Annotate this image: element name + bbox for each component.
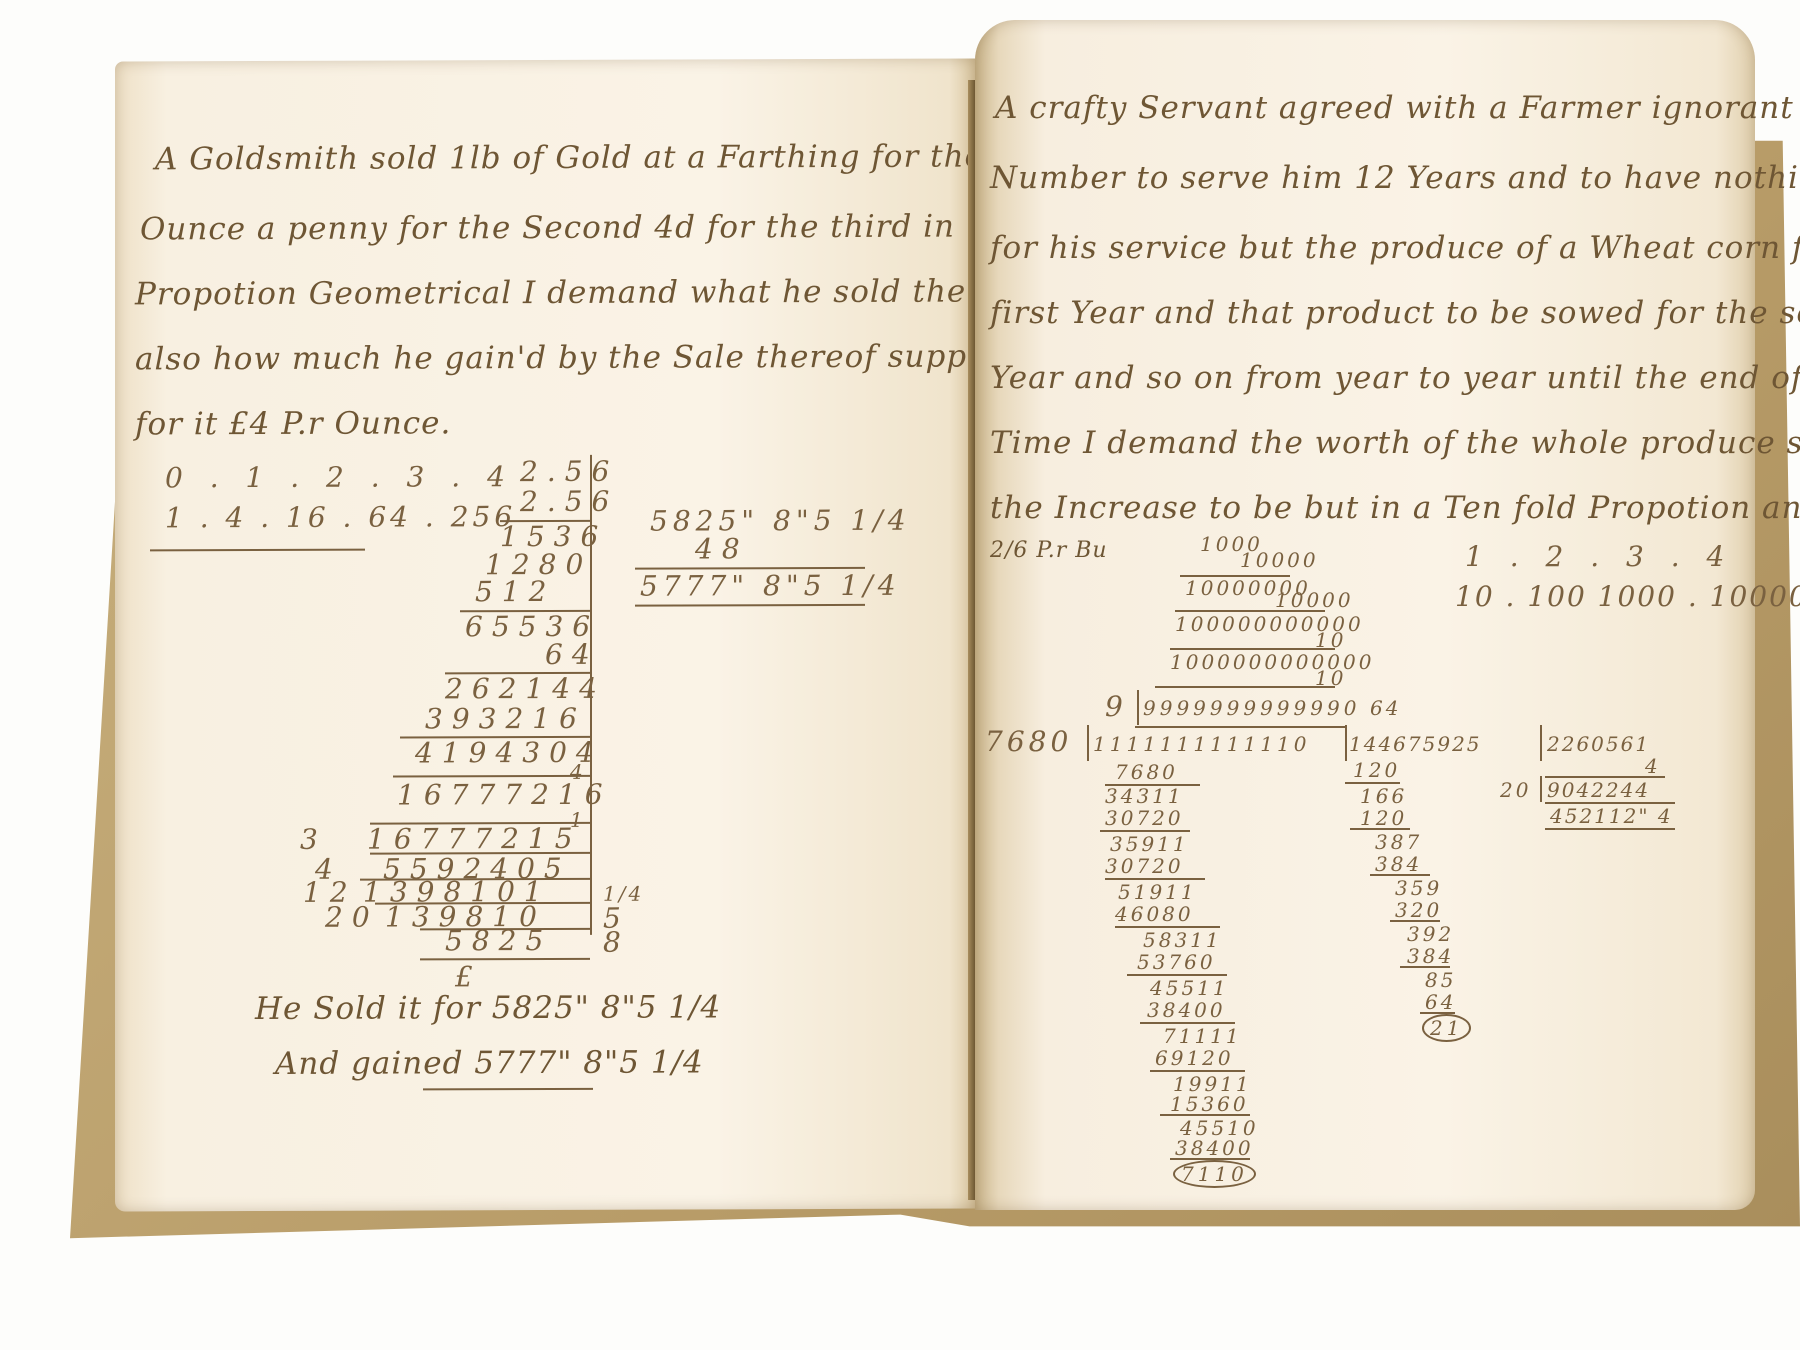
rule — [1545, 828, 1675, 830]
division-step: 7680 — [1115, 760, 1178, 784]
calc-row: 512 — [475, 575, 555, 608]
division-bracket — [1540, 776, 1542, 802]
series-terms: 10 . 100 1000 . 10000 — [1455, 580, 1800, 613]
division-step: 30720 — [1105, 854, 1184, 878]
calc-row: 16777216 — [397, 778, 612, 812]
division-step: 46080 — [1115, 902, 1194, 926]
division-step: 38400 — [1147, 998, 1226, 1022]
series-terms: 1 . 4 . 16 . 64 . 256 — [165, 500, 516, 534]
division-step: 384 — [1375, 852, 1422, 876]
calc-row: 2.56 — [520, 455, 618, 488]
problem-line: Time I demand the worth of the whole pro… — [990, 425, 1800, 461]
division-step: 45511 — [1150, 976, 1229, 1000]
division-step: 392 — [1407, 922, 1454, 946]
division-step: 38400 — [1175, 1136, 1254, 1160]
subtraction-cost: 48 — [695, 532, 749, 565]
series-indices: 1 . 2 . 3 . 4 — [1465, 540, 1733, 573]
problem-line: Number to serve him 12 Years and to have… — [990, 160, 1800, 196]
division-step: 51911 — [1118, 880, 1197, 904]
power-mult: 10000 — [1240, 548, 1319, 572]
side-note: 64 — [1370, 696, 1401, 720]
rule — [1155, 686, 1335, 688]
right-page: A crafty Servant agreed with a Farmer ig… — [975, 20, 1755, 1210]
division-step: 35911 — [1110, 832, 1189, 856]
division-step: 30720 — [1105, 806, 1184, 830]
division-bracket — [1137, 690, 1139, 725]
divisor: 3 — [300, 823, 327, 856]
answer-underline — [423, 1088, 593, 1091]
dividend: 9042244 — [1547, 778, 1650, 802]
currency-mark: £ — [455, 960, 473, 993]
dividend: 9999999999990 — [1143, 696, 1360, 720]
final-result: 452112" 4 — [1550, 804, 1673, 828]
remainder-circled: 7110 — [1173, 1160, 1256, 1188]
calc-row: 2.56 — [520, 485, 618, 518]
price-note: 2/6 P.r Bu — [990, 538, 1108, 563]
rule — [635, 604, 865, 607]
rule — [1135, 726, 1345, 728]
open-notebook: A Goldsmith sold 1lb of Gold at a Farthi… — [0, 0, 1800, 1350]
division-step: 166 — [1360, 784, 1407, 808]
division-step: 85 — [1425, 968, 1456, 992]
final-mult: 4 — [1645, 754, 1661, 778]
final-value: 2260561 — [1547, 732, 1650, 756]
division-step: 384 — [1407, 944, 1454, 968]
answer-sold: He Sold it for 5825" 8"5 1/4 — [255, 989, 721, 1027]
division-bracket — [1345, 725, 1347, 761]
subtraction-total: 5825" 8"5 1/4 — [650, 504, 911, 538]
remainder: 8 — [603, 926, 630, 959]
calc-row: 262144 — [445, 672, 606, 706]
divisor: 20 — [1500, 778, 1531, 802]
calc-row: 64 — [545, 638, 599, 671]
calc-row: 5825 — [445, 924, 552, 957]
problem-line: Year and so on from year to year until t… — [990, 360, 1800, 396]
division-step: 120 — [1353, 758, 1400, 782]
remainder-circled: 21 — [1422, 1014, 1471, 1042]
division-step: 359 — [1395, 876, 1442, 900]
problem-line: the Increase to be but in a Ten fold Pro… — [990, 490, 1800, 526]
answer-gained: And gained 5777" 8"5 1/4 — [275, 1044, 704, 1081]
rule — [420, 958, 590, 961]
division-step: 58311 — [1143, 928, 1222, 952]
problem-line: A Goldsmith sold 1lb of Gold at a Farthi… — [155, 138, 1064, 177]
division-step: 34311 — [1105, 784, 1184, 808]
division-step: 71111 — [1163, 1024, 1242, 1048]
power-mult: 10000 — [1275, 588, 1354, 612]
subtraction-gain: 5777" 8"5 1/4 — [640, 569, 901, 603]
divisor: 7680 — [985, 725, 1072, 758]
division-step: 69120 — [1155, 1046, 1234, 1070]
problem-line: A crafty Servant agreed with a Farmer ig… — [995, 90, 1800, 126]
divisor: 20 — [325, 901, 379, 934]
division-bracket — [1087, 725, 1089, 761]
problem-line: for it £4 P.r Ounce. — [135, 405, 451, 442]
problem-line: first Year and that product to be sowed … — [990, 295, 1800, 331]
divisor: 9 — [1105, 690, 1132, 723]
series-indices: 0 . 1 . 2 . 3 . 4 — [165, 460, 514, 494]
left-page: A Goldsmith sold 1lb of Gold at a Farthi… — [115, 58, 975, 1211]
division-step: 64 — [1425, 990, 1456, 1014]
calc-row: 16777215 — [367, 822, 582, 856]
quotient: 144675925 — [1349, 732, 1482, 756]
division-step: 387 — [1375, 830, 1422, 854]
division-step: 15360 — [1170, 1092, 1249, 1116]
underline — [150, 549, 365, 552]
division-bracket — [1540, 725, 1542, 761]
division-step: 120 — [1360, 806, 1407, 830]
problem-line: for his service but the produce of a Whe… — [990, 230, 1800, 266]
calc-row: 393216 — [425, 702, 586, 736]
division-step: 53760 — [1137, 950, 1216, 974]
dividend: 1111111111110 — [1093, 732, 1310, 756]
division-step: 320 — [1395, 898, 1442, 922]
